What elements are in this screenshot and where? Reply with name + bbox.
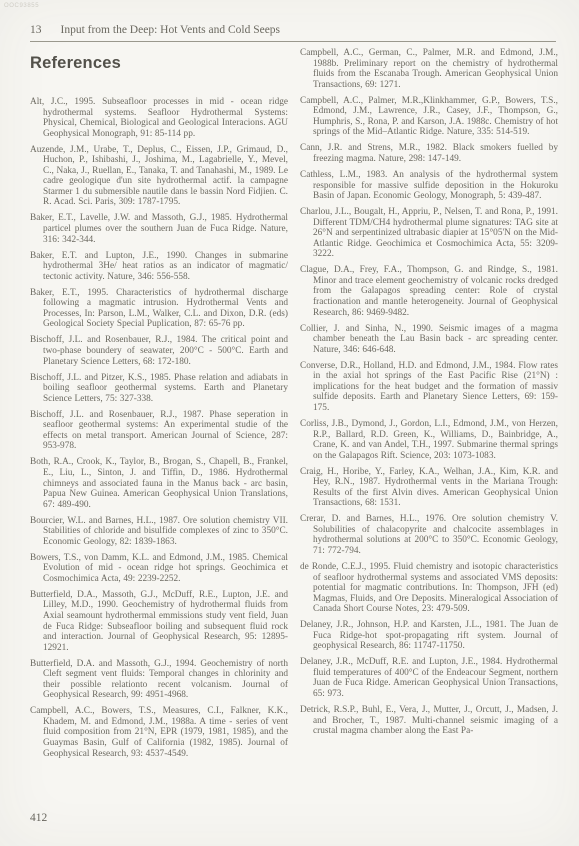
- scan-artifact-mark: OOC93855: [4, 3, 39, 9]
- reference-entry: Baker, E.T., 1995. Characteristics of hy…: [30, 288, 288, 330]
- reference-entry: Butterfield, D.A., Massoth, G.J., McDuff…: [30, 590, 288, 653]
- reference-entry: Auzende, J.M., Urabe, T., Deplus, C., Ei…: [30, 145, 288, 208]
- running-title: Input from the Deep: Hot Vents and Cold …: [61, 24, 281, 36]
- reference-entry: Baker, E.T. and Lupton, J.E., 1990. Chan…: [30, 251, 288, 283]
- reference-entry: Delaney, J.R., Johnson, H.P. and Karsten…: [300, 620, 558, 652]
- reference-entry: Campbell, A.C., German, C., Palmer, M.R.…: [300, 48, 558, 90]
- reference-entry: Delaney, J.R., McDuff, R.E. and Lupton, …: [300, 657, 558, 699]
- left-column: References Alt, J.C., 1995. Subseafloor …: [30, 46, 288, 765]
- reference-entry: Clague, D.A., Frey, F.A., Thompson, G. a…: [300, 265, 558, 318]
- references-list-left: Alt, J.C., 1995. Subseafloor processes i…: [30, 97, 288, 759]
- reference-entry: Bowers, T.S., von Damm, K.L. and Edmond,…: [30, 553, 288, 585]
- reference-entry: Campbell, A.C., Palmer, M.R.,Klinkhammer…: [300, 96, 558, 138]
- two-column-layout: References Alt, J.C., 1995. Subseafloor …: [30, 46, 558, 765]
- book-page: OOC93855 13Input from the Deep: Hot Vent…: [0, 0, 579, 846]
- references-heading: References: [30, 54, 288, 73]
- references-list-right: Campbell, A.C., German, C., Palmer, M.R.…: [300, 48, 558, 737]
- reference-entry: de Ronde, C.E.J., 1995. Fluid chemistry …: [300, 562, 558, 615]
- reference-entry: Cann, J.R. and Strens, M.R., 1982. Black…: [300, 143, 558, 164]
- reference-entry: Bischoff, J.L. and Rosenbauer, R.J., 198…: [30, 410, 288, 452]
- reference-entry: Butterfield, D.A. and Massoth, G.J., 199…: [30, 659, 288, 701]
- reference-entry: Alt, J.C., 1995. Subseafloor processes i…: [30, 97, 288, 139]
- reference-entry: Converse, D.R., Holland, H.D. and Edmond…: [300, 361, 558, 414]
- reference-entry: Both, R.A., Crook, K., Taylor, B., Broga…: [30, 457, 288, 510]
- reference-entry: Corliss, J.B., Dymond, J., Gordon, L.I.,…: [300, 419, 558, 461]
- reference-entry: Detrick, R.S.P., Buhl, E., Vera, J., Mut…: [300, 705, 558, 737]
- reference-entry: Baker, E.T., Lavelle, J.W. and Massoth, …: [30, 213, 288, 245]
- right-column: Campbell, A.C., German, C., Palmer, M.R.…: [300, 46, 558, 765]
- reference-entry: Bourcier, W.L. and Barnes, H.L., 1987. O…: [30, 516, 288, 548]
- reference-entry: Bischoff, J.L. and Rosenbauer, R.J., 198…: [30, 335, 288, 367]
- reference-entry: Cathless, L.M., 1983. An analysis of the…: [300, 170, 558, 202]
- running-header: 13Input from the Deep: Hot Vents and Col…: [30, 24, 556, 42]
- reference-entry: Bischoff, J.L. and Pitzer, K.S., 1985. P…: [30, 373, 288, 405]
- reference-entry: Charlou, J.L., Bougalt, H., Appriu, P., …: [300, 207, 558, 260]
- reference-entry: Crerar, D. and Barnes, H.L., 1976. Ore s…: [300, 514, 558, 556]
- page-number: 412: [30, 812, 47, 824]
- chapter-number: 13: [30, 24, 42, 36]
- reference-entry: Collier, J. and Sinha, N., 1990. Seismic…: [300, 324, 558, 356]
- reference-entry: Craig, H., Horibe, Y., Farley, K.A., Wel…: [300, 467, 558, 509]
- reference-entry: Campbell, A.C., Bowers, T.S., Measures, …: [30, 706, 288, 759]
